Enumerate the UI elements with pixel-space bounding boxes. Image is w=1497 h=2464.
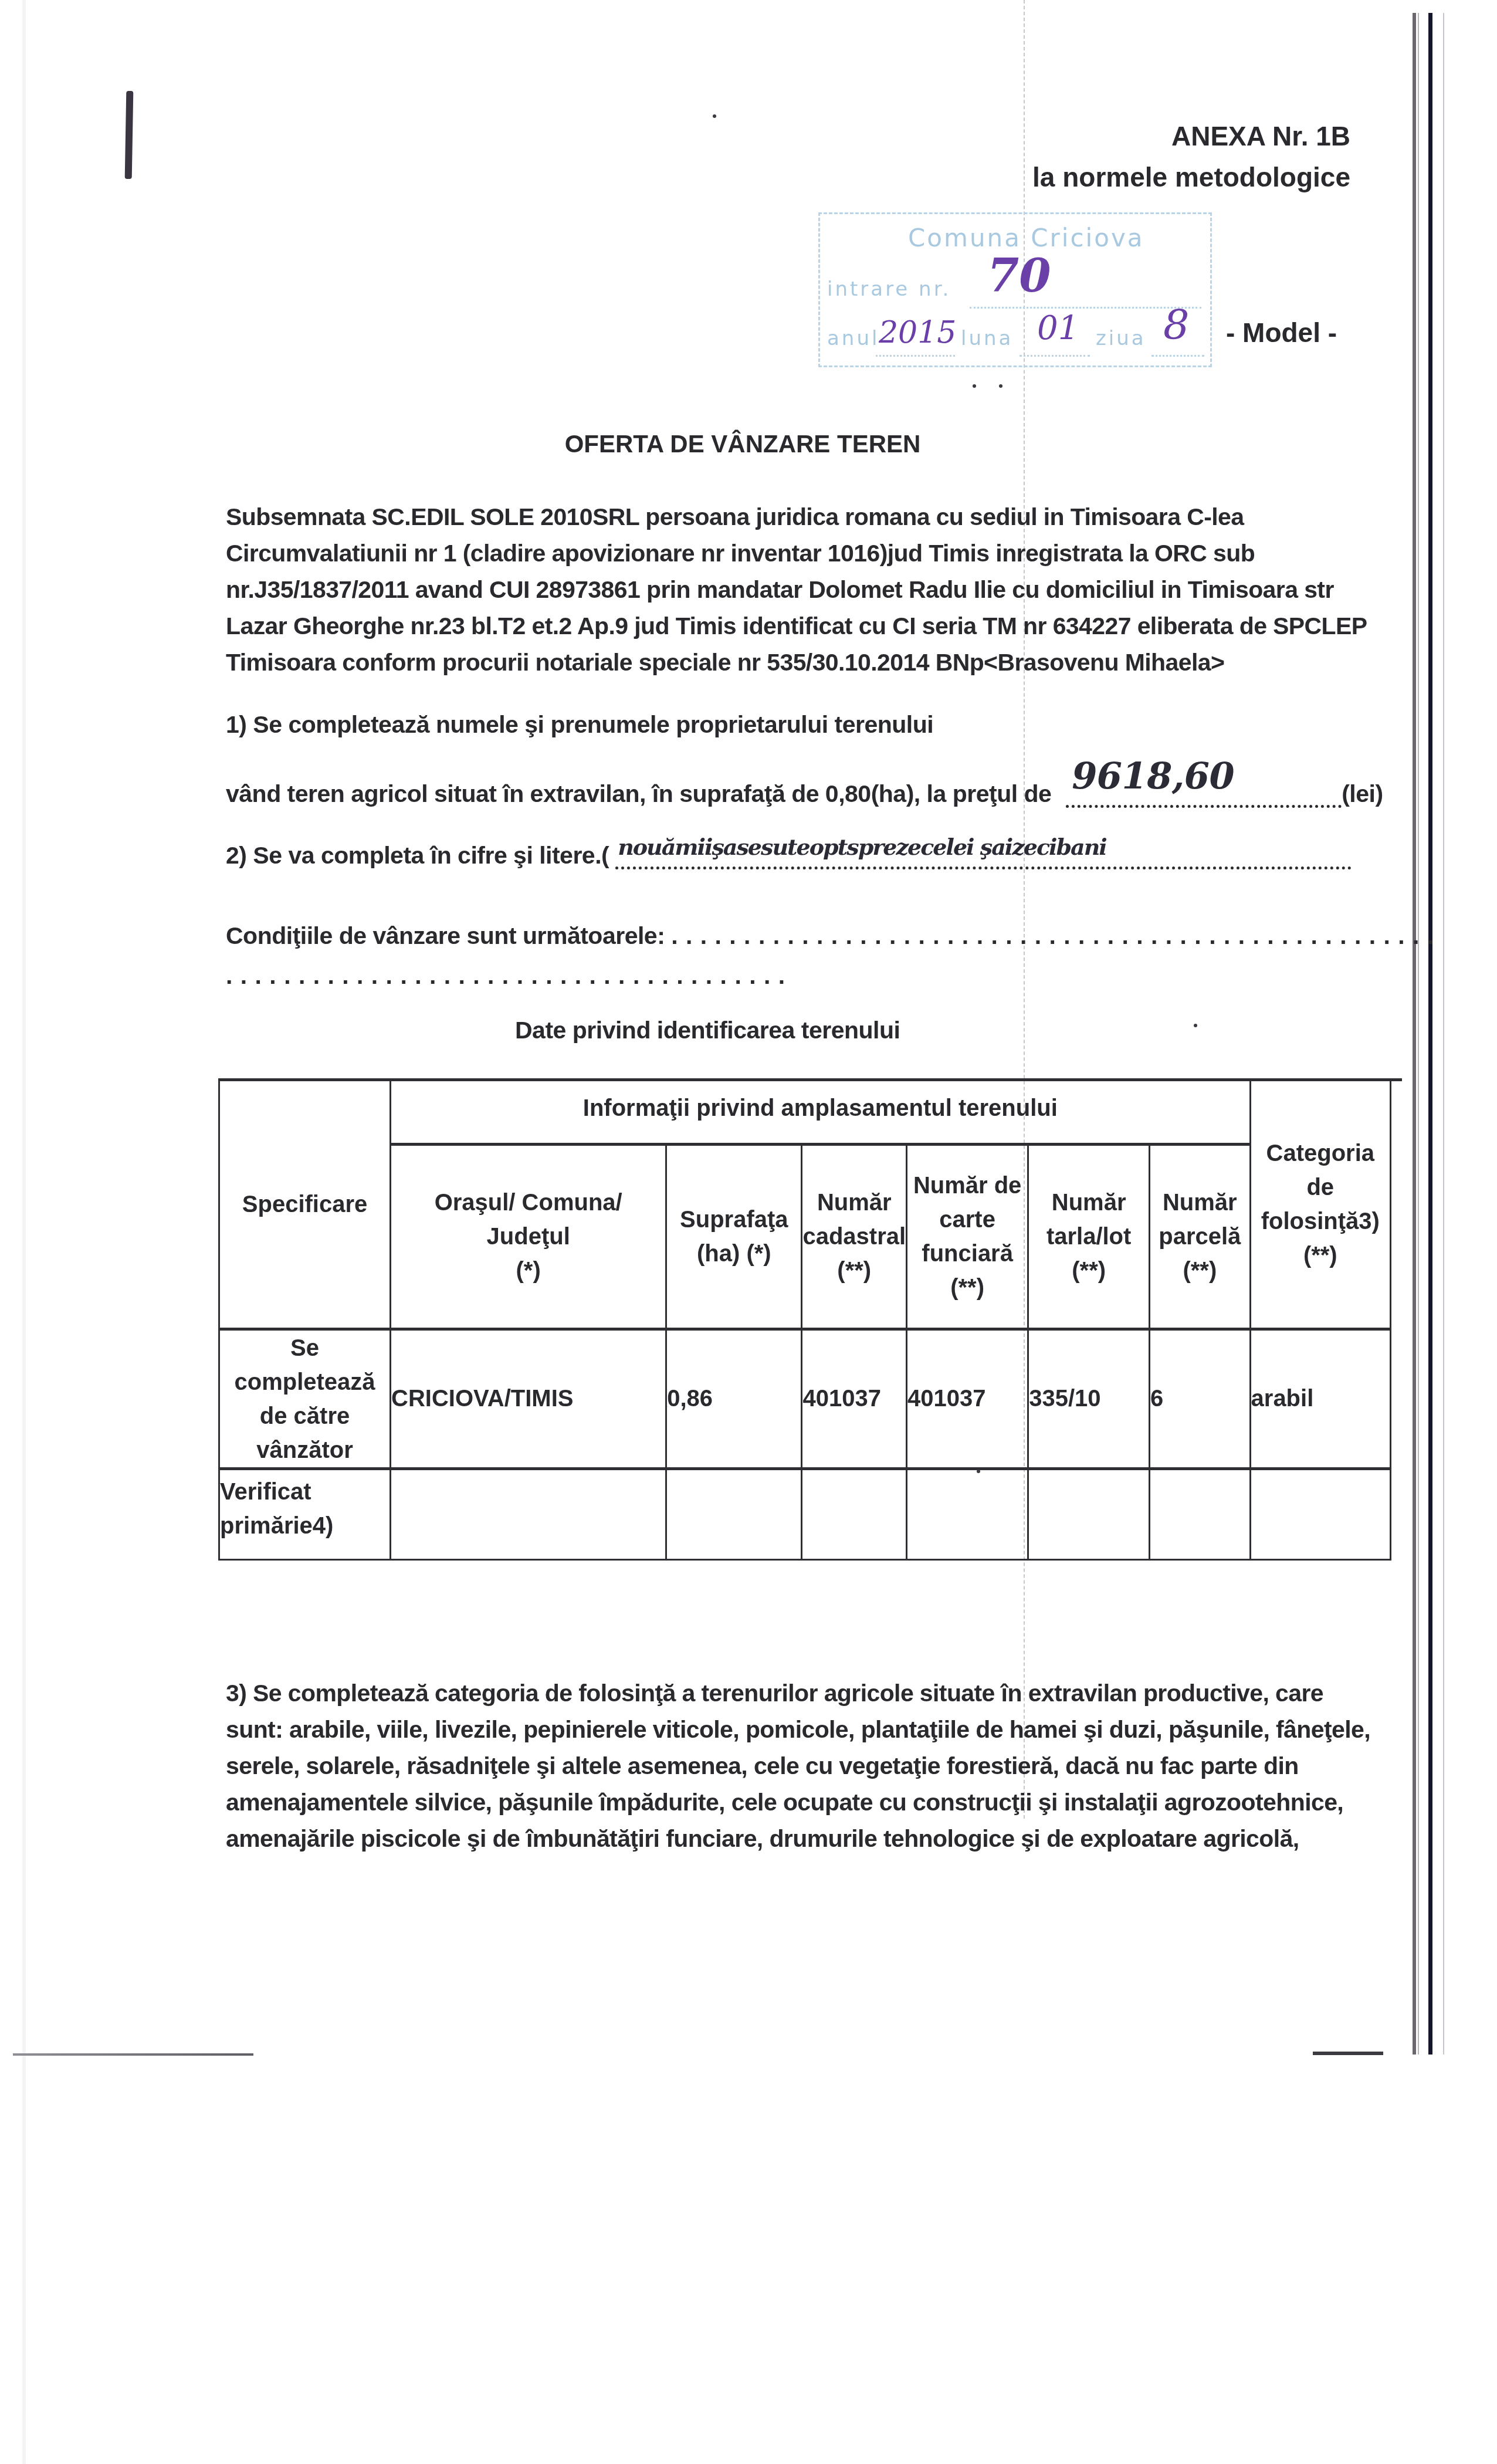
annex-number: ANEXA Nr. 1B — [1171, 120, 1350, 152]
header-line: Număr — [802, 1186, 906, 1220]
cell-land-book[interactable] — [907, 1469, 1028, 1560]
column-header-cadastral: Număr cadastral (**) — [802, 1145, 907, 1329]
column-header-land-book: Număr de carte funciară (**) — [907, 1145, 1028, 1329]
registration-stamp: Comuna Criciova intrare nr. 70 anul 2015… — [818, 212, 1212, 367]
footnote-line: sunt: arabile, viile, livezile, pepinier… — [226, 1711, 1370, 1748]
binding-line — [1443, 13, 1444, 2055]
land-identification-table: Specificare Informaţii privind amplasame… — [218, 1078, 1391, 1561]
row-label-seller: Se completează de către vânzător — [219, 1329, 391, 1469]
annex-subtitle: la normele metodologice — [1032, 161, 1350, 193]
footnote-line: serele, solarele, răsadniţele şi altele … — [226, 1748, 1370, 1784]
stamp-year-label: anul — [827, 327, 879, 350]
stamp-year: 2015 — [879, 315, 956, 350]
header-line: Oraşul/ Comuna/ Judeţul — [391, 1186, 665, 1254]
paragraph-line: Timisoara conform procurii notariale spe… — [226, 644, 1387, 681]
header-line: Suprafaţa — [667, 1203, 801, 1237]
cell-area[interactable]: 0,86 — [666, 1329, 802, 1469]
stamp-month-label: luna — [961, 327, 1013, 350]
price-in-words-handwritten: nouămiişasesuteoptsprezecelei şaizeciban… — [618, 834, 1106, 860]
row-label-line: vânzător — [220, 1433, 390, 1467]
stamp-day-underline — [1151, 355, 1204, 357]
column-header-locality: Oraşul/ Comuna/ Judeţul (*) — [391, 1145, 666, 1329]
cell-tarla[interactable]: 335/10 — [1028, 1329, 1150, 1469]
scan-speck — [713, 114, 716, 118]
header-line: Categoria — [1251, 1136, 1390, 1170]
header-line: folosinţă3) — [1251, 1204, 1390, 1238]
paragraph-line: Subsemnata SC.EDIL SOLE 2010SRL persoana… — [226, 499, 1387, 535]
cell-parcel[interactable] — [1150, 1469, 1250, 1560]
header-line: tarla/lot — [1029, 1220, 1149, 1254]
header-line: Număr de — [907, 1169, 1027, 1203]
bottom-rule-right — [1313, 2052, 1383, 2055]
binding-line — [1418, 13, 1419, 2055]
header-line: (**) — [1150, 1254, 1249, 1288]
sale-conditions-label: Condiţiile de vânzare sunt următoarele: — [226, 922, 665, 949]
stamp-entry-number: 70 — [987, 249, 1051, 303]
column-header-parcel: Număr parcelă (**) — [1150, 1145, 1250, 1329]
row-label-line: de către — [220, 1399, 390, 1433]
note-2-text: 2) Se va completa în cifre şi litere.( — [226, 842, 609, 869]
table-row-seller: Se completează de către vânzător CRICIOV… — [219, 1329, 1391, 1469]
cell-cadastral[interactable] — [802, 1469, 907, 1560]
seller-identification-paragraph: Subsemnata SC.EDIL SOLE 2010SRL persoana… — [226, 499, 1387, 681]
header-line: (**) — [802, 1254, 906, 1288]
stamp-year-underline — [876, 355, 955, 357]
header-line: (**) — [1251, 1238, 1390, 1272]
cell-parcel[interactable]: 6 — [1150, 1329, 1250, 1469]
scan-speck — [1194, 1024, 1197, 1027]
row-label-line: Se completează — [220, 1331, 390, 1399]
scan-speck — [973, 384, 976, 388]
footnote-3: 3) Se completează categoria de folosinţă… — [226, 1675, 1370, 1857]
stamp-title: Comuna Criciova — [908, 224, 1144, 252]
cell-locality[interactable]: CRICIOVA/TIMIS — [391, 1329, 666, 1469]
stamp-day-label: ziua — [1096, 327, 1146, 350]
sale-statement: vând teren agricol situat în extravilan,… — [226, 779, 1383, 808]
table-row-verification: Verificat primărie4) — [219, 1469, 1391, 1560]
column-header-category: Categoria de folosinţă3) (**) — [1250, 1080, 1390, 1329]
scan-edge — [22, 0, 26, 2464]
row-label-line: Verificat — [220, 1475, 390, 1509]
price-currency: (lei) — [1342, 780, 1383, 807]
header-line: (**) — [907, 1271, 1027, 1305]
header-line: parcelă — [1150, 1220, 1249, 1254]
stamp-day: 8 — [1163, 301, 1190, 349]
header-line: Număr — [1029, 1186, 1149, 1220]
header-line: Număr — [1150, 1186, 1249, 1220]
header-line: carte — [907, 1203, 1027, 1237]
header-line: (ha) (*) — [667, 1237, 801, 1271]
document-title-text: OFERTA DE VÂNZARE TEREN — [565, 430, 921, 458]
binding-line — [1413, 13, 1416, 2055]
cell-area[interactable] — [666, 1469, 802, 1560]
row-label-verification: Verificat primărie4) — [219, 1469, 391, 1560]
document-title: OFERTA DE VÂNZARE TEREN — [0, 430, 1497, 458]
table-section-title: Date privind identificarea terenului — [515, 1017, 900, 1044]
cell-locality[interactable] — [391, 1469, 666, 1560]
stamp-entry-label: intrare nr. — [827, 277, 951, 301]
column-header-area: Suprafaţa (ha) (*) — [666, 1145, 802, 1329]
sale-conditions: Condiţiile de vânzare sunt următoarele: … — [226, 922, 1434, 950]
price-field[interactable]: 9618,60 — [1066, 779, 1342, 808]
sale-conditions-dots[interactable]: . . . . . . . . . . . . . . . . . . . . … — [671, 922, 1434, 949]
bottom-rule-left — [13, 2053, 253, 2056]
footnote-line: 3) Se completează categoria de folosinţă… — [226, 1675, 1370, 1711]
sale-conditions-dots-line-2[interactable]: . . . . . . . . . . . . . . . . . . . . … — [226, 962, 785, 990]
footnote-line: amenajările piscicole şi de îmbunătăţiri… — [226, 1820, 1370, 1857]
column-header-specificare: Specificare — [219, 1080, 391, 1329]
cell-category[interactable] — [1250, 1469, 1390, 1560]
column-header-tarla: Număr tarla/lot (**) — [1028, 1145, 1150, 1329]
stamp-month-underline — [1020, 355, 1090, 357]
stamp-month: 01 — [1037, 309, 1079, 347]
header-line: cadastral — [802, 1220, 906, 1254]
scan-speck — [999, 384, 1002, 388]
cell-category[interactable]: arabil — [1250, 1329, 1390, 1469]
row-label-line: primărie4) — [220, 1509, 390, 1543]
paragraph-line: nr.J35/1837/2011 avand CUI 28973861 prin… — [226, 571, 1387, 608]
model-label: - Model - — [1226, 317, 1337, 348]
footnote-line: amenajamentele silvice, păşunile împădur… — [226, 1784, 1370, 1820]
cell-tarla[interactable] — [1028, 1469, 1150, 1560]
header-line: funciară — [907, 1237, 1027, 1271]
group-header-location: Informaţii privind amplasamentul terenul… — [391, 1080, 1250, 1145]
price-in-words-field[interactable]: nouămiişasesuteoptsprezecelei şaizeciban… — [615, 841, 1352, 869]
header-line: (*) — [391, 1254, 665, 1288]
note-2: 2) Se va completa în cifre şi litere.( n… — [226, 841, 1352, 869]
price-handwritten: 9618,60 — [1072, 754, 1234, 797]
cell-land-book[interactable]: 401037 — [907, 1329, 1028, 1469]
pen-mark — [125, 91, 134, 179]
header-line: (**) — [1029, 1254, 1149, 1288]
paragraph-line: Circumvalatiunii nr 1 (cladire apovizion… — [226, 535, 1387, 571]
table-edge-overhang — [1391, 1078, 1402, 1081]
cell-cadastral[interactable]: 401037 — [802, 1329, 907, 1469]
sale-statement-text: vând teren agricol situat în extravilan,… — [226, 780, 1051, 807]
binding-line — [1428, 13, 1432, 2055]
scan-speck — [977, 1470, 980, 1473]
paragraph-line: Lazar Gheorghe nr.23 bl.T2 et.2 Ap.9 jud… — [226, 608, 1387, 644]
header-line: de — [1251, 1170, 1390, 1204]
note-1: 1) Se completează numele şi prenumele pr… — [226, 711, 933, 739]
